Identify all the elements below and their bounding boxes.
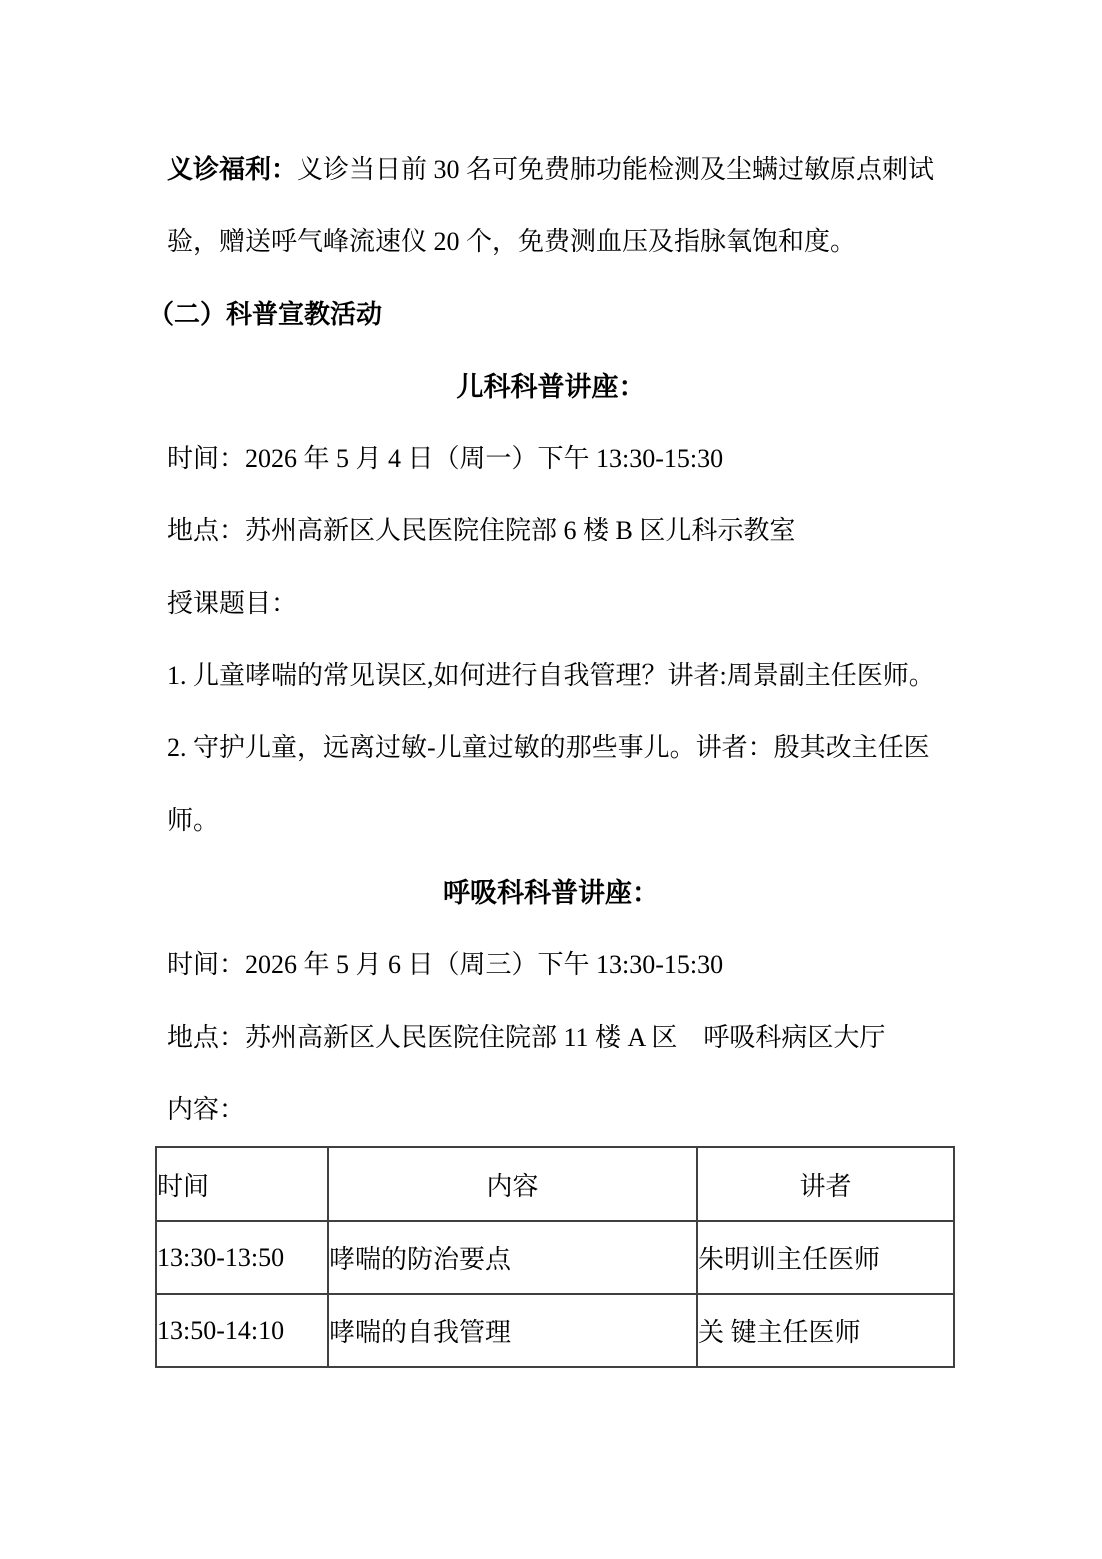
table-header-speaker: 讲者 [697,1147,954,1221]
topic-item-2-line-1: 2. 守护儿童，远离过敏-儿童过敏的那些事儿。讲者：殷其改主任医 [167,712,947,784]
topic-item-2-line-2: 师。 [167,785,947,857]
table-cell-speaker: 朱明训主任医师 [697,1221,954,1294]
table-cell-time: 13:50-14:10 [156,1294,328,1367]
table-row: 13:50-14:10 哮喘的自我管理 关 键主任医师 [156,1294,954,1367]
respiratory-location-line: 地点：苏州高新区人民医院住院部 11 楼 A 区 呼吸科病区大厅 [167,1002,947,1074]
document-page: 义诊福利：义诊当日前 30 名可免费肺功能检测及尘螨过敏原点刺试 验，赠送呼气峰… [0,0,1102,1559]
benefit-paragraph-line-2: 验，赠送呼气峰流速仪 20 个，免费测血压及指脉氧饱和度。 [167,206,947,278]
table-row: 13:30-13:50 哮喘的防治要点 朱明训主任医师 [156,1221,954,1294]
section-heading: （二）科普宣教活动 [148,279,947,351]
table-header-row: 时间 内容 讲者 [156,1147,954,1221]
content-label: 内容： [167,1074,947,1146]
pediatric-lecture-title: 儿科科普讲座： [155,351,947,423]
benefit-text-line-1: 义诊当日前 30 名可免费肺功能检测及尘螨过敏原点刺试 [297,155,934,184]
pediatric-time-line: 时间：2026 年 5 月 4 日（周一）下午 13:30-15:30 [167,423,947,495]
benefit-paragraph-line-1: 义诊福利：义诊当日前 30 名可免费肺功能检测及尘螨过敏原点刺试 [167,134,947,206]
benefit-label: 义诊福利： [167,155,297,184]
table-cell-speaker: 关 键主任医师 [697,1294,954,1367]
topics-label: 授课题目： [167,568,947,640]
table-cell-topic: 哮喘的防治要点 [328,1221,697,1294]
respiratory-time-line: 时间：2026 年 5 月 6 日（周三）下午 13:30-15:30 [167,929,947,1001]
topic-item-1: 1. 儿童哮喘的常见误区,如何进行自我管理？讲者:周景副主任医师。 [167,640,947,712]
table-header-topic: 内容 [328,1147,697,1221]
table-header-time: 时间 [156,1147,328,1221]
table-cell-time: 13:30-13:50 [156,1221,328,1294]
schedule-table: 时间 内容 讲者 13:30-13:50 哮喘的防治要点 朱明训主任医师 13:… [155,1146,955,1368]
table-cell-topic: 哮喘的自我管理 [328,1294,697,1367]
pediatric-location-line: 地点：苏州高新区人民医院住院部 6 楼 B 区儿科示教室 [167,495,947,567]
respiratory-lecture-title: 呼吸科科普讲座： [155,857,947,929]
